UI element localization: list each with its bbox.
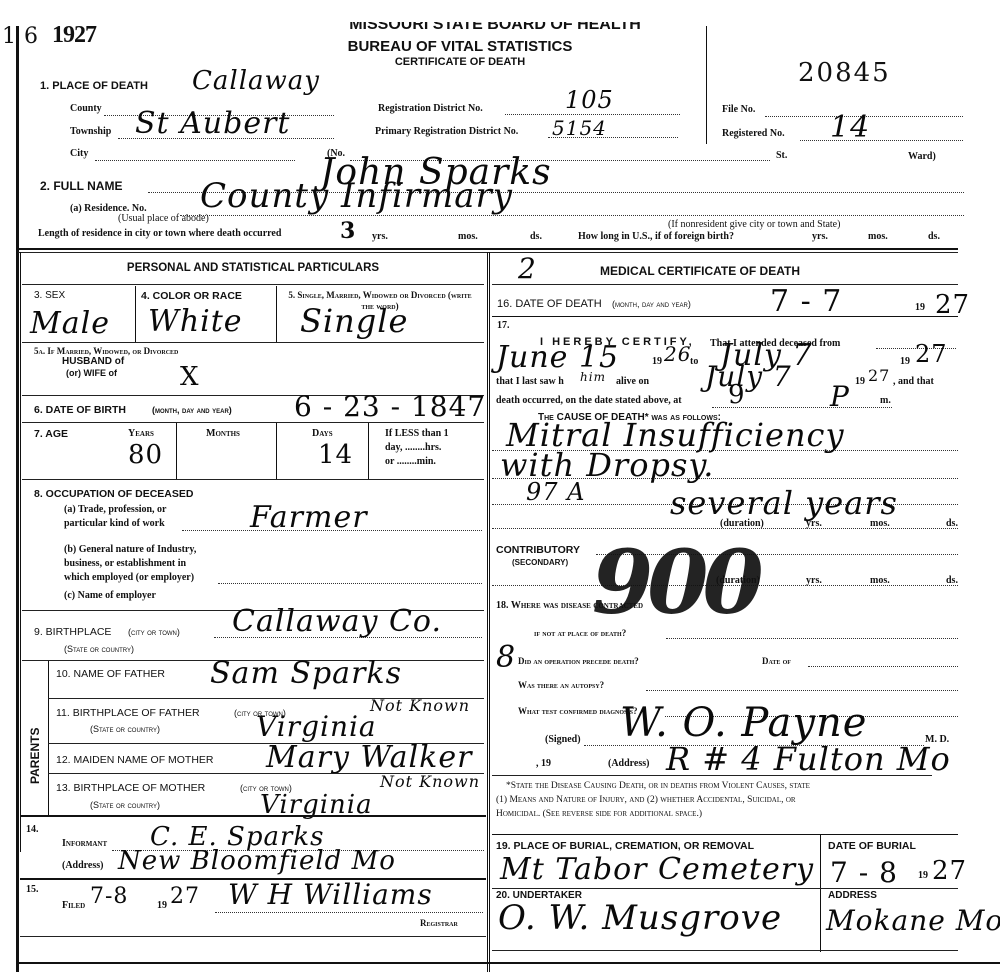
occ-b-label-3: which employed (or employer) bbox=[64, 572, 194, 583]
mother-label: 12. MAIDEN NAME OF MOTHER bbox=[56, 754, 214, 766]
age-label: 7. AGE bbox=[34, 428, 68, 440]
filed-date: 7-8 bbox=[90, 884, 128, 909]
dob-sub-label: (month, day and year) bbox=[152, 405, 232, 415]
spouse-value: X bbox=[180, 362, 200, 392]
length-residence-label: Length of residence in city or town wher… bbox=[38, 228, 281, 239]
margin-number: 6 bbox=[24, 24, 40, 49]
header-divider bbox=[706, 26, 707, 144]
sig-year-prefix: , 19 bbox=[536, 758, 551, 769]
last-saw-year: 27 bbox=[868, 366, 890, 385]
primary-reg-value: 5154 bbox=[552, 116, 607, 140]
sex-race-divider bbox=[135, 286, 136, 342]
medical-section-title: MEDICAL CERTIFICATE OF DEATH bbox=[600, 264, 800, 278]
informant-label: Informant bbox=[62, 838, 107, 849]
rule-signed bbox=[492, 775, 932, 776]
death-time: 9 bbox=[728, 380, 746, 410]
autopsy-label: Was there an autopsy? bbox=[518, 680, 604, 690]
us-mos-label: mos. bbox=[868, 231, 888, 242]
full-name-label: 2. FULL NAME bbox=[40, 179, 122, 193]
ward-label: Ward) bbox=[908, 151, 936, 162]
date-of-label: Date of bbox=[762, 656, 791, 666]
birthplace-value: Callaway Co. bbox=[232, 604, 442, 639]
city-label: City bbox=[70, 148, 88, 159]
years-label: Years bbox=[128, 428, 154, 439]
father-value: Sam Sparks bbox=[210, 656, 402, 691]
contrib-yrs-label: yrs. bbox=[806, 575, 822, 586]
mother-birth-state-label: (State or country) bbox=[90, 800, 160, 810]
undertaker-value: O. W. Musgrove bbox=[498, 898, 782, 938]
margin-volume: 1 bbox=[2, 24, 18, 49]
age-years-value: 80 bbox=[128, 440, 163, 470]
registrar-label: Registrar bbox=[420, 918, 458, 928]
mother-value: Mary Walker bbox=[266, 740, 472, 775]
place-of-death-value: Callaway bbox=[192, 66, 320, 96]
length-residence-years: 3 bbox=[340, 218, 356, 244]
length-ds-label: ds. bbox=[530, 231, 542, 242]
attended-to-year-prefix: 19 bbox=[900, 356, 910, 367]
last-saw-value: July 7 bbox=[705, 360, 792, 393]
reg-district-line bbox=[505, 114, 680, 115]
us-ds-label: ds. bbox=[928, 231, 940, 242]
alive-on-label: alive on bbox=[616, 376, 649, 387]
dob-value: 6 - 23 - 1847 bbox=[294, 390, 486, 423]
death-occurred-label: death occurred, on the date stated above… bbox=[496, 395, 682, 406]
informant-address-label: (Address) bbox=[62, 860, 103, 871]
burial-divider bbox=[820, 834, 821, 952]
occ-b-label-1: (b) General nature of Industry, bbox=[64, 544, 196, 555]
primary-reg-label: Primary Registration District No. bbox=[375, 126, 518, 137]
rule-medical-title bbox=[492, 284, 958, 285]
rule-personal-title bbox=[22, 284, 484, 285]
rule-top-sections bbox=[18, 248, 958, 250]
township-label: Township bbox=[70, 126, 111, 137]
birthplace-state-label: (State or country) bbox=[64, 644, 134, 654]
marital-value: Single bbox=[300, 302, 408, 340]
contributory-label: CONTRIBUTORY bbox=[496, 544, 580, 556]
last-saw-label: that I last saw h bbox=[496, 376, 564, 387]
duration-ds-label: ds. bbox=[946, 518, 958, 529]
rule-dob bbox=[22, 422, 484, 423]
duration-value: several years bbox=[670, 484, 898, 522]
us-residence-label: How long in U.S., if of foreign birth? bbox=[578, 231, 734, 242]
us-yrs-label: yrs. bbox=[812, 231, 828, 242]
age-months-divider bbox=[276, 423, 277, 479]
burial-date-value: 7 - 8 bbox=[830, 856, 898, 889]
registrar-line bbox=[215, 912, 483, 913]
rule-age bbox=[22, 479, 484, 480]
header-line1: MISSOURI STATE BOARD OF HEALTH bbox=[290, 22, 700, 34]
burial-year-prefix: 19 bbox=[918, 870, 928, 881]
rule-dod bbox=[492, 316, 958, 317]
column-divider bbox=[487, 252, 490, 972]
rule-filed bbox=[20, 936, 486, 937]
mother-birth-label: 13. BIRTHPLACE OF MOTHER bbox=[56, 782, 205, 794]
file-no-label: File No. bbox=[722, 104, 755, 115]
operation-label: Did an operation precede death? bbox=[518, 656, 639, 666]
mother-birth-city: Not Known bbox=[380, 772, 480, 791]
contrib-ds-label: ds. bbox=[946, 575, 958, 586]
dod-year-prefix: 19 bbox=[915, 302, 925, 313]
burial-place-value: Mt Tabor Cemetery bbox=[500, 852, 814, 887]
township-value: St Aubert bbox=[135, 106, 290, 141]
birthplace-label: 9. BIRTHPLACE bbox=[34, 626, 111, 638]
physician-address-label: (Address) bbox=[608, 758, 649, 769]
registrar-value: W H Williams bbox=[228, 878, 433, 911]
father-birth-label: 11. BIRTHPLACE OF FATHER bbox=[56, 707, 200, 719]
father-birth-city: Not Known bbox=[370, 696, 470, 715]
rule-sex bbox=[22, 342, 484, 343]
occ-a-label-2: particular kind of work bbox=[64, 518, 165, 529]
residence-value: County Infirmary bbox=[200, 176, 513, 216]
footnote-1: *State the Disease Causing Death, or in … bbox=[506, 781, 810, 791]
physician-address: R # 4 Fulton Mo bbox=[666, 740, 951, 778]
length-mos-label: mos. bbox=[458, 231, 478, 242]
occ-a-label-1: (a) Trade, profession, or bbox=[64, 504, 167, 515]
duration-mos-label: mos. bbox=[870, 518, 890, 529]
contrib-mos-label: mos. bbox=[870, 575, 890, 586]
race-label: 4. COLOR OR RACE bbox=[141, 290, 242, 302]
days-label: Days bbox=[312, 428, 333, 439]
signed-label: (Signed) bbox=[545, 734, 581, 745]
last-saw-year-prefix: 19 bbox=[855, 376, 865, 387]
race-value: White bbox=[148, 304, 243, 339]
occupation-label: 8. OCCUPATION OF DECEASED bbox=[34, 488, 193, 500]
father-birth-state: Virginia bbox=[256, 710, 377, 743]
medical-margin-mark: 2 bbox=[518, 252, 537, 285]
dod-value: 7 - 7 bbox=[770, 284, 842, 319]
filed-year: 27 bbox=[170, 884, 200, 909]
duration-label: (duration) bbox=[720, 518, 764, 529]
st-label: St. bbox=[776, 150, 787, 161]
occ-c-label: (c) Name of employer bbox=[64, 590, 156, 601]
burial-place-label: 19. PLACE OF BURIAL, CREMATION, OR REMOV… bbox=[496, 840, 754, 852]
filed-num: 15. bbox=[26, 884, 39, 895]
place-of-death-label: 1. PLACE OF DEATH bbox=[40, 80, 148, 92]
less-label-3: or ........min. bbox=[385, 456, 436, 467]
occ-b-label-2: business, or establishment in bbox=[64, 558, 186, 569]
sex-label: 3. SEX bbox=[34, 290, 65, 301]
reg-district-value: 105 bbox=[565, 86, 614, 114]
dob-label: 6. DATE OF BIRTH bbox=[34, 404, 126, 416]
informant-address-value: New Bloomfield Mo bbox=[118, 846, 396, 876]
rule-burial-top bbox=[492, 834, 958, 835]
age-days-divider bbox=[368, 423, 369, 479]
margin-mark-2: 8 bbox=[496, 640, 516, 675]
months-label: Months bbox=[206, 428, 240, 439]
burial-year: 27 bbox=[932, 856, 967, 886]
date-of-line bbox=[808, 666, 958, 667]
race-marital-divider bbox=[276, 286, 277, 342]
attended-from-year: 26 bbox=[664, 342, 691, 366]
margin-year: 1927 bbox=[52, 22, 96, 49]
occ-b-line bbox=[218, 583, 482, 584]
nonresident-note: (If nonresident give city or town and St… bbox=[668, 219, 840, 230]
age-days-value: 14 bbox=[318, 440, 353, 470]
q18-sub-label: if not at place of death? bbox=[534, 628, 626, 638]
dod-sub-label: (month, day and year) bbox=[612, 299, 691, 309]
father-label: 10. NAME OF FATHER bbox=[56, 668, 165, 680]
autopsy-line bbox=[646, 690, 958, 691]
registered-no-label: Registered No. bbox=[722, 128, 785, 139]
less-label-1: If LESS than 1 bbox=[385, 428, 449, 439]
attended-from-year-prefix: 19 bbox=[652, 356, 662, 367]
header-line2: BUREAU OF VITAL STATISTICS bbox=[290, 38, 630, 55]
duration-yrs-label: yrs. bbox=[806, 518, 822, 529]
last-saw-him: him bbox=[580, 370, 606, 384]
registered-no-line bbox=[800, 140, 963, 141]
q18-line bbox=[666, 638, 958, 639]
personal-section-title: PERSONAL AND STATISTICAL PARTICULARS bbox=[22, 262, 484, 274]
code-overlay: 900 bbox=[592, 530, 758, 634]
occ-a-value: Farmer bbox=[250, 500, 368, 535]
m-label: m. bbox=[880, 395, 891, 406]
certificate-number: 20845 bbox=[798, 58, 891, 88]
filed-year-prefix: 19 bbox=[157, 900, 167, 911]
left-margin-rule bbox=[16, 26, 19, 972]
undertaker-address-label: ADDRESS bbox=[828, 890, 877, 901]
rule-parents bbox=[20, 815, 486, 817]
rule-burial-bottom bbox=[492, 950, 958, 951]
attended-to-year: 27 bbox=[915, 340, 948, 368]
footnote-2: (1) Means and Nature of Injury, and (2) … bbox=[496, 795, 796, 805]
death-ampm: P bbox=[830, 380, 850, 413]
to-label: to bbox=[690, 356, 698, 367]
contributory-sub-label: (SECONDARY) bbox=[512, 558, 568, 567]
father-birth-state-label: (State or country) bbox=[90, 724, 160, 734]
spouse-label-1: 5a. If Married, Widowed, or Divorced bbox=[34, 346, 178, 356]
and-that-label: , and that bbox=[893, 376, 934, 387]
spouse-label-2: HUSBAND of bbox=[62, 356, 124, 367]
informant-num: 14. bbox=[26, 824, 39, 835]
left-inner-rule bbox=[20, 252, 21, 852]
filed-label: Filed bbox=[62, 900, 85, 911]
age-years-divider bbox=[176, 423, 177, 479]
burial-date-label: DATE OF BURIAL bbox=[828, 840, 916, 852]
birthplace-sub-label: (city or town) bbox=[128, 627, 180, 637]
reg-district-label: Registration District No. bbox=[378, 103, 483, 114]
rule-burial-mid bbox=[492, 888, 958, 889]
dod-label: 16. DATE OF DEATH bbox=[497, 298, 602, 310]
sex-value: Male bbox=[30, 306, 110, 341]
city-line bbox=[95, 160, 295, 161]
parents-divider bbox=[48, 661, 49, 815]
q18-label: 18. Where was disease contracted bbox=[496, 600, 643, 611]
header-line3: CERTIFICATE OF DEATH bbox=[290, 56, 630, 68]
length-yrs-label: yrs. bbox=[372, 231, 388, 242]
rule-bottom bbox=[18, 962, 1000, 964]
cause-line-3-value: 97 A bbox=[526, 478, 586, 506]
less-label-2: day, ........hrs. bbox=[385, 442, 441, 453]
registered-no-value: 14 bbox=[830, 110, 870, 145]
spouse-label-3: (or) WIFE of bbox=[66, 368, 117, 378]
footnote-3: Homicidal. (See reverse side for additio… bbox=[496, 809, 702, 819]
usual-abode-label: (Usual place of abode) bbox=[118, 213, 209, 224]
county-label: County bbox=[70, 103, 102, 114]
undertaker-address-value: Mokane Mo. bbox=[826, 904, 1000, 937]
num-17: 17. bbox=[497, 320, 510, 331]
